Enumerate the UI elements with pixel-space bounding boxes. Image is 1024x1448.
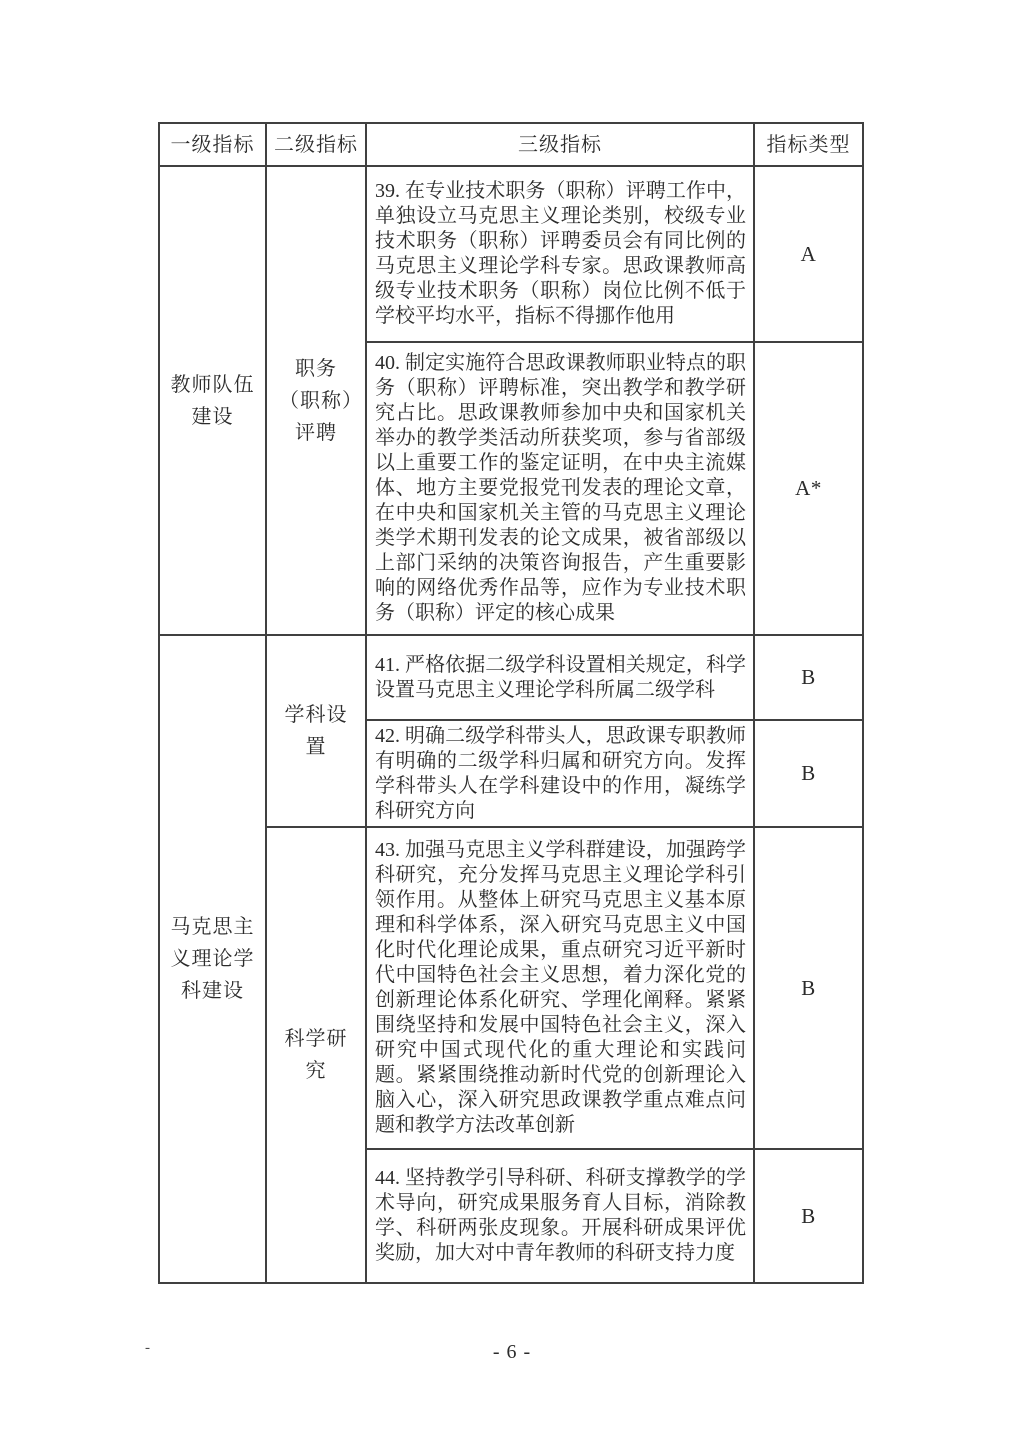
item-43-type: B	[754, 827, 863, 1149]
item-39-type: A	[754, 166, 863, 342]
indicator-table: 一级指标 二级指标 三级指标 指标类型 教师队伍建设 职务（职称）评聘 39. …	[158, 122, 864, 1284]
header-level3-indicator: 三级指标	[366, 123, 754, 166]
level1-cell-teacher-team: 教师队伍建设	[159, 166, 266, 635]
item-42-text: 42. 明确二级学科带头人，思政课专职教师有明确的二级学科归属和研究方向。发挥学…	[366, 720, 754, 827]
item-39-text: 39. 在专业技术职务（职称）评聘工作中，单独设立马克思主义理论类别，校级专业技…	[366, 166, 754, 342]
item-41-text: 41. 严格依据二级学科设置相关规定，科学设置马克思主义理论学科所属二级学科	[366, 635, 754, 720]
table-row: 马克思主义理论学科建设 学科设置 41. 严格依据二级学科设置相关规定，科学设置…	[159, 635, 863, 720]
item-40-text: 40. 制定实施符合思政课教师职业特点的职务（职称）评聘标准，突出教学和教学研究…	[366, 342, 754, 635]
table-row: 教师队伍建设 职务（职称）评聘 39. 在专业技术职务（职称）评聘工作中，单独设…	[159, 166, 863, 342]
header-indicator-type: 指标类型	[754, 123, 863, 166]
item-40-type: A*	[754, 342, 863, 635]
item-42-type: B	[754, 720, 863, 827]
header-level1-indicator: 一级指标	[159, 123, 266, 166]
level1-cell-marxism-discipline: 马克思主义理论学科建设	[159, 635, 266, 1283]
document-page: 一级指标 二级指标 三级指标 指标类型 教师队伍建设 职务（职称）评聘 39. …	[0, 0, 1024, 1448]
level2-cell-title-appointment: 职务（职称）评聘	[266, 166, 366, 635]
item-44-type: B	[754, 1149, 863, 1283]
level2-cell-scientific-research: 科学研究	[266, 827, 366, 1283]
level2-cell-discipline-setup: 学科设置	[266, 635, 366, 827]
page-number: - 6 -	[0, 1341, 1024, 1364]
table-header-row: 一级指标 二级指标 三级指标 指标类型	[159, 123, 863, 166]
item-44-text: 44. 坚持教学引导科研、科研支撑教学的学术导向，研究成果服务育人目标，消除教学…	[366, 1149, 754, 1283]
item-41-type: B	[754, 635, 863, 720]
item-43-text: 43. 加强马克思主义学科群建设，加强跨学科研究，充分发挥马克思主义理论学科引领…	[366, 827, 754, 1149]
header-level2-indicator: 二级指标	[266, 123, 366, 166]
